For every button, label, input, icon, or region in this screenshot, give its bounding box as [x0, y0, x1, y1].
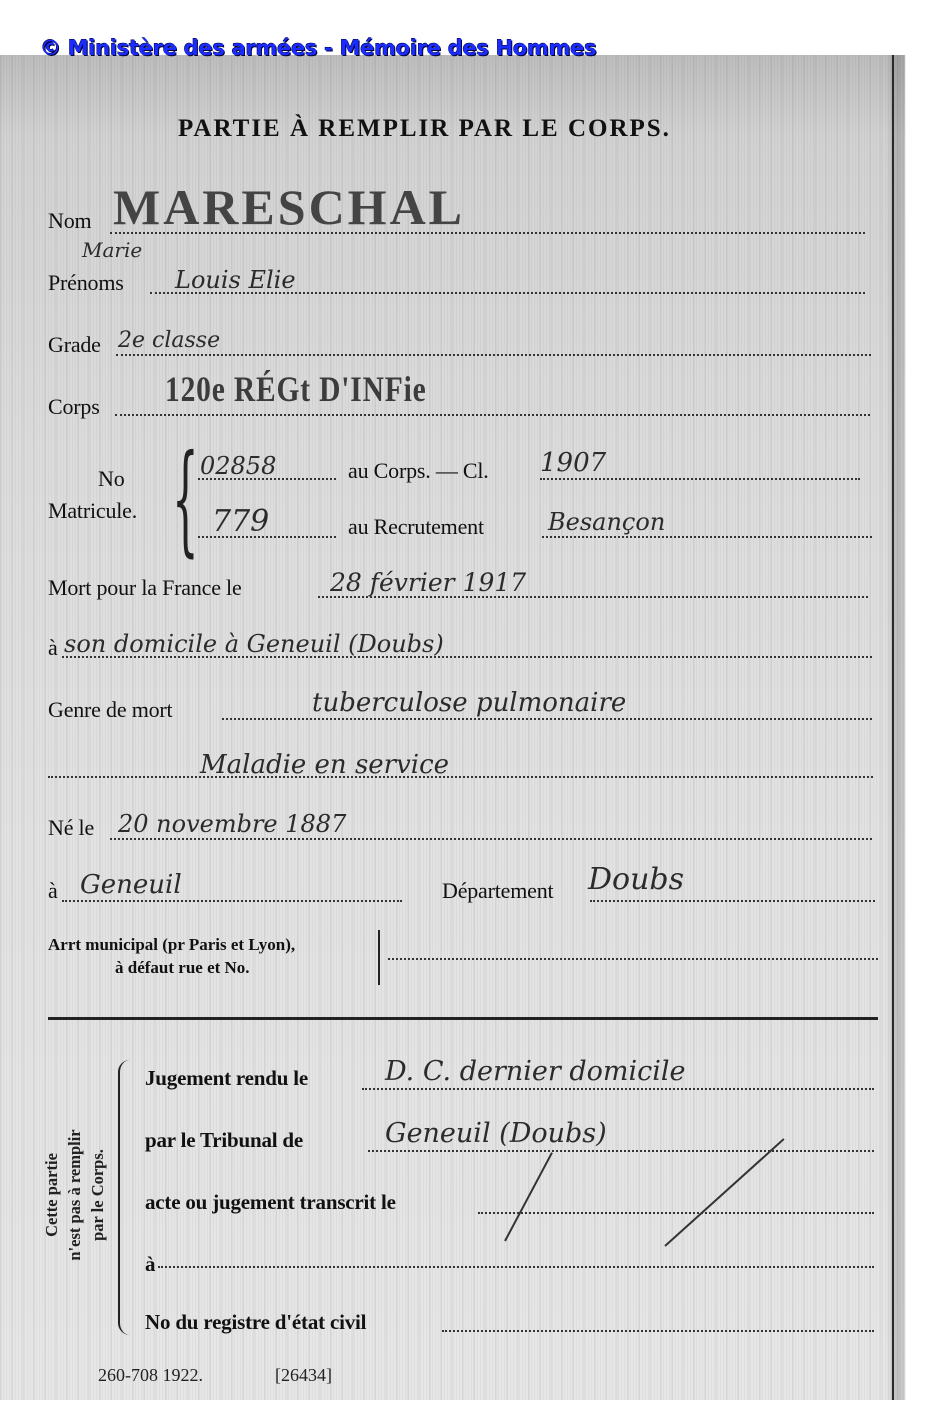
matricule-corps-number: 02858 — [200, 452, 276, 480]
side-note-line3: par le Corps. — [86, 1090, 109, 1300]
mort-date: 28 février 1917 — [330, 568, 526, 597]
classe-dotted — [540, 478, 860, 480]
matricule-no-label: No — [98, 466, 125, 492]
mort-dotted-line — [318, 596, 868, 598]
au-recrutement-label: au Recrutement — [348, 514, 484, 540]
jugement-label: Jugement rendu le — [145, 1066, 308, 1091]
classe-value: 1907 — [540, 448, 606, 478]
form-number: [26434] — [275, 1365, 332, 1386]
prenoms-label: Prénoms — [48, 270, 124, 296]
lieu-mort-label: à — [48, 635, 58, 661]
matricule-recrutement-number: 779 — [212, 504, 269, 539]
transcrit-label: acte ou jugement transcrit le — [145, 1190, 396, 1215]
grade-label: Grade — [48, 332, 101, 358]
lieu-naissance-dotted-line — [62, 900, 402, 902]
arrondissement-label-line1: Arrt municipal (pr Paris et Lyon), — [48, 935, 295, 955]
matricule-brace: { — [172, 440, 199, 560]
departement-value: Doubs — [588, 862, 684, 897]
civil-section-brace — [118, 1060, 130, 1335]
departement-dotted-line — [590, 900, 875, 902]
civil-section-side-note: Cette partie n'est pas à remplir par le … — [40, 1090, 109, 1300]
matricule-corps-dotted — [198, 478, 336, 480]
prenoms-value: Louis Elie — [175, 266, 296, 294]
grade-dotted-line — [116, 354, 871, 356]
genre-mort-label: Genre de mort — [48, 697, 172, 723]
lieu-transcription-label: à — [145, 1252, 155, 1277]
printer-code: 260-708 1922. — [98, 1365, 203, 1386]
naissance-label: Né le — [48, 815, 94, 841]
genre-mort-dotted-line2 — [48, 776, 873, 778]
recrutement-value: Besançon — [548, 508, 665, 536]
arrondissement-dotted-line — [388, 958, 878, 960]
corps-label: Corps — [48, 394, 100, 420]
jugement-value: D. C. dernier domicile — [385, 1056, 686, 1087]
matricule-label: Matricule. — [48, 498, 137, 524]
mort-label: Mort pour la France le — [48, 575, 242, 601]
page-edge-line — [892, 55, 894, 1400]
tribunal-label: par le Tribunal de — [145, 1128, 303, 1153]
au-corps-label: au Corps. — Cl. — [348, 458, 489, 484]
lieu-mort-value: son domicile à Geneuil (Doubs) — [64, 630, 444, 658]
tribunal-dotted-line — [368, 1150, 874, 1152]
grade-value: 2e classe — [118, 328, 220, 353]
form-title: PARTIE À REMPLIR PAR LE CORPS. — [178, 115, 671, 143]
jugement-dotted-line — [362, 1088, 874, 1090]
genre-mort-value: tuberculose pulmonaire — [312, 688, 626, 718]
copyright-watermark: © Ministère des armées - Mémoire des Hom… — [40, 36, 596, 60]
registre-label: No du registre d'état civil — [145, 1310, 366, 1335]
corps-dotted-line — [115, 414, 870, 416]
recrutement-dotted — [542, 536, 872, 538]
registre-dotted-line — [442, 1330, 874, 1332]
naissance-dotted-line — [110, 838, 872, 840]
departement-label: Département — [442, 878, 553, 904]
matricule-recrutement-dotted — [198, 536, 336, 538]
lieu-mort-dotted-line — [62, 656, 872, 658]
nom-label: Nom — [48, 208, 91, 234]
naissance-date: 20 novembre 1887 — [118, 810, 346, 838]
transcrit-dotted-line — [478, 1212, 874, 1214]
side-note-line2: n'est pas à remplir — [63, 1090, 86, 1300]
page-edge-shadow — [886, 55, 906, 1400]
tribunal-value: Geneuil (Doubs) — [385, 1118, 607, 1149]
arrondissement-label-line2: à défaut rue et No. — [115, 958, 250, 978]
genre-mort-dotted-line — [222, 718, 872, 720]
corps-stamp: 120e RÉGt D'INFie — [165, 368, 427, 410]
arrondissement-brace — [378, 930, 382, 985]
lieu-naissance-label: à — [48, 878, 58, 904]
side-note-line1: Cette partie — [40, 1090, 63, 1300]
prenoms-value-line1: Marie — [82, 238, 142, 262]
nom-dotted-line — [110, 232, 865, 234]
lieu-naissance-value: Geneuil — [80, 870, 182, 900]
prenoms-dotted-line — [150, 292, 865, 294]
nom-value: MARESCHAL — [113, 178, 465, 236]
section-separator — [48, 1017, 878, 1020]
lieu-transcription-dotted-line — [158, 1266, 874, 1268]
